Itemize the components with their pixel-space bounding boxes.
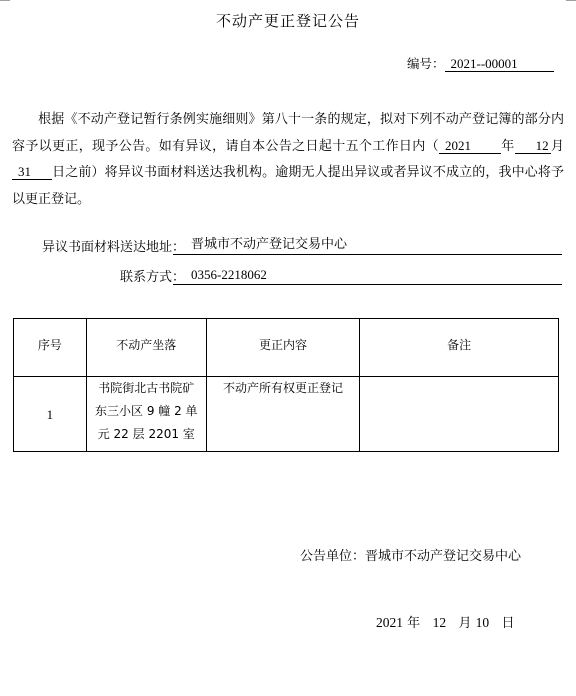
issue-month-unit: 月 (458, 616, 471, 631)
issue-date: 2021 年 12 月 10 日 (376, 612, 515, 631)
page-title: 不动产更正登记公告 (0, 10, 576, 31)
cell-location: 书院街北古书院矿东三小区 9 幢 2 单元 22 层 2201 室 (86, 377, 206, 452)
document-number-label: 编号： (407, 56, 445, 71)
contact-row: 联系方式： 0356-2218062 (0, 266, 576, 286)
issuer-signature: 公告单位：晋城市不动产登记交易中心 (300, 545, 521, 564)
issue-year-unit: 年 (407, 616, 420, 631)
correction-records-table: 序号 不动产坐落 更正内容 备注 1 书院街北古书院矿东三小区 9 幢 2 单元… (13, 318, 559, 452)
header-location: 不动产坐落 (86, 319, 206, 377)
deadline-month-unit: 月 (551, 139, 564, 154)
objection-address-row: 异议书面材料送达地址： 晋城市不动产登记交易中心 (0, 236, 576, 256)
cell-seq: 1 (14, 377, 87, 452)
issue-day: 10 (476, 615, 490, 630)
deadline-year-unit: 年 (501, 139, 515, 154)
objection-address-label: 异议书面材料送达地址： (42, 236, 185, 255)
deadline-year: 2021 (439, 138, 501, 154)
issue-day-unit: 日 (502, 616, 515, 631)
notice-body: 根据《不动产登记暂行条例实施细则》第八十一条的规定，拟对下列不动产登记簿的部分内… (12, 107, 564, 213)
notice-body-part2: 日之前）将异议书面材料送达我机构。逾期无人提出异议或者异议不成立的，我中心将予以… (12, 165, 564, 207)
header-remark: 备注 (360, 319, 559, 377)
issuer-label: 公告单位： (300, 549, 365, 564)
cell-content: 不动产所有权更正登记 (206, 377, 360, 452)
page-corner-mark-right (566, 0, 576, 1)
cell-remark (360, 377, 559, 452)
table-row: 1 书院街北古书院矿东三小区 9 幢 2 单元 22 层 2201 室 不动产所… (14, 377, 559, 452)
document-number: 编号：2021--00001 (407, 54, 554, 72)
deadline-month: 12 (515, 138, 551, 154)
contact-value: 0356-2218062 (173, 266, 562, 285)
header-content: 更正内容 (206, 319, 360, 377)
header-seq: 序号 (14, 319, 87, 377)
document-number-value: 2021--00001 (445, 56, 554, 72)
table-header-row: 序号 不动产坐落 更正内容 备注 (14, 319, 559, 377)
issuer-org: 晋城市不动产登记交易中心 (365, 549, 521, 564)
page-corner-mark-left (0, 0, 10, 1)
objection-address-value: 晋城市不动产登记交易中心 (173, 236, 562, 255)
issue-year: 2021 (376, 615, 403, 630)
deadline-day: 31 (12, 164, 52, 180)
issue-month: 12 (433, 615, 447, 630)
